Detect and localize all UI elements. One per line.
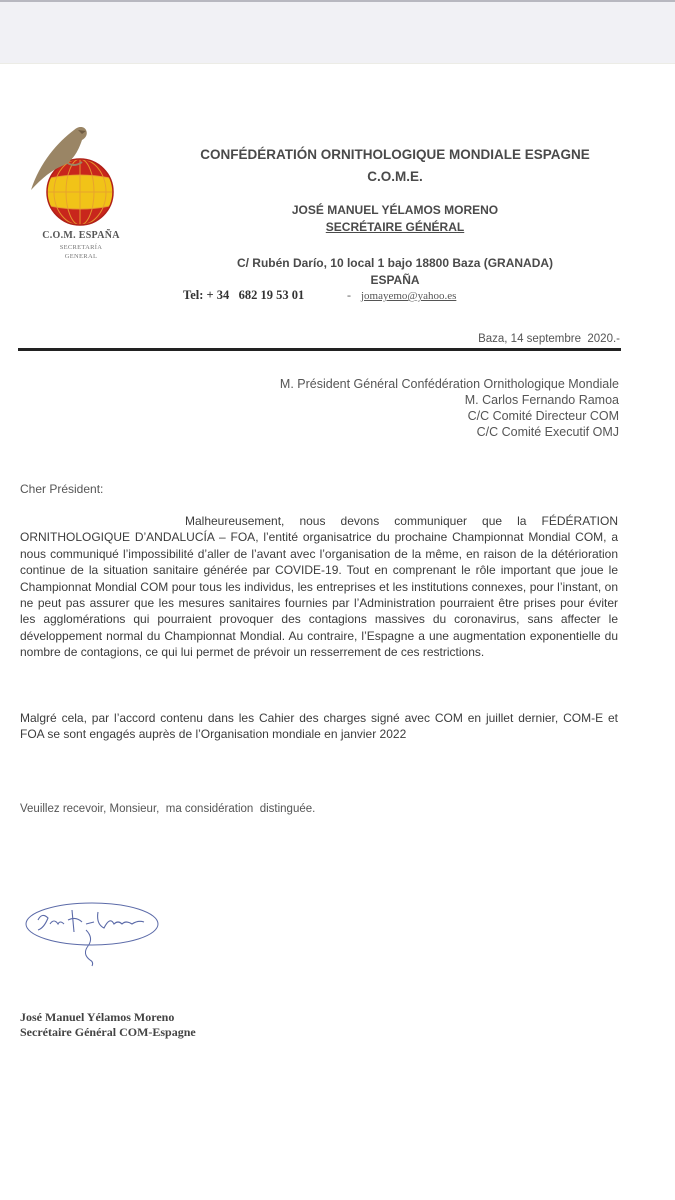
organization-acronym: C.O.M.E.	[150, 169, 640, 184]
sender-role: SECRÉTAIRE GÉNÉRAL	[150, 220, 640, 234]
organization-name: CONFÉDÉRATIÓN ORNITHOLOGIQUE MONDIALE ES…	[150, 147, 640, 162]
header-divider	[18, 348, 621, 351]
sender-email-link[interactable]: jomayemo@yahoo.es	[361, 290, 456, 302]
signatory-name: José Manuel Yélamos Moreno	[20, 1010, 174, 1025]
salutation: Cher Président:	[20, 482, 103, 496]
closing-line: Veuillez recevoir, Monsieur, ma considér…	[20, 803, 315, 815]
recipient-line: M. Président Général Confédération Ornit…	[280, 377, 619, 391]
signatory-title: Secrétaire Général COM-Espagne	[20, 1025, 196, 1040]
body-paragraph: Malgré cela, par l’accord contenu dans l…	[20, 710, 618, 743]
sender-name: JOSÉ MANUEL YÉLAMOS MORENO	[150, 203, 640, 217]
logo-title: C.O.M. ESPAÑA	[22, 230, 140, 241]
sender-address: C/ Rubén Darío, 10 local 1 bajo 18800 Ba…	[150, 256, 640, 270]
logo-subtitle-line2: GENERAL	[22, 253, 140, 260]
letter-date: Baza, 14 septembre 2020.-	[478, 333, 620, 345]
letterhead-logo: C.O.M. ESPAÑA SECRETARÍA GENERAL	[22, 122, 140, 272]
recipient-line: M. Carlos Fernando Ramoa	[465, 393, 619, 407]
recipient-line: C/C Comité Directeur COM	[468, 409, 619, 423]
logo-subtitle-line1: SECRETARÍA	[22, 244, 140, 251]
sender-phone: Tel: + 34 682 19 53 01	[183, 288, 304, 303]
contact-separator: -	[347, 288, 351, 303]
sender-country: ESPAÑA	[150, 273, 640, 287]
viewer-top-bar	[0, 0, 675, 64]
handwritten-signature-icon	[24, 894, 164, 969]
recipient-line: C/C Comité Executif OMJ	[477, 425, 619, 439]
bird-on-globe-logo-icon	[22, 122, 140, 227]
body-paragraph: Malheureusement, nous devons communiquer…	[20, 513, 618, 661]
